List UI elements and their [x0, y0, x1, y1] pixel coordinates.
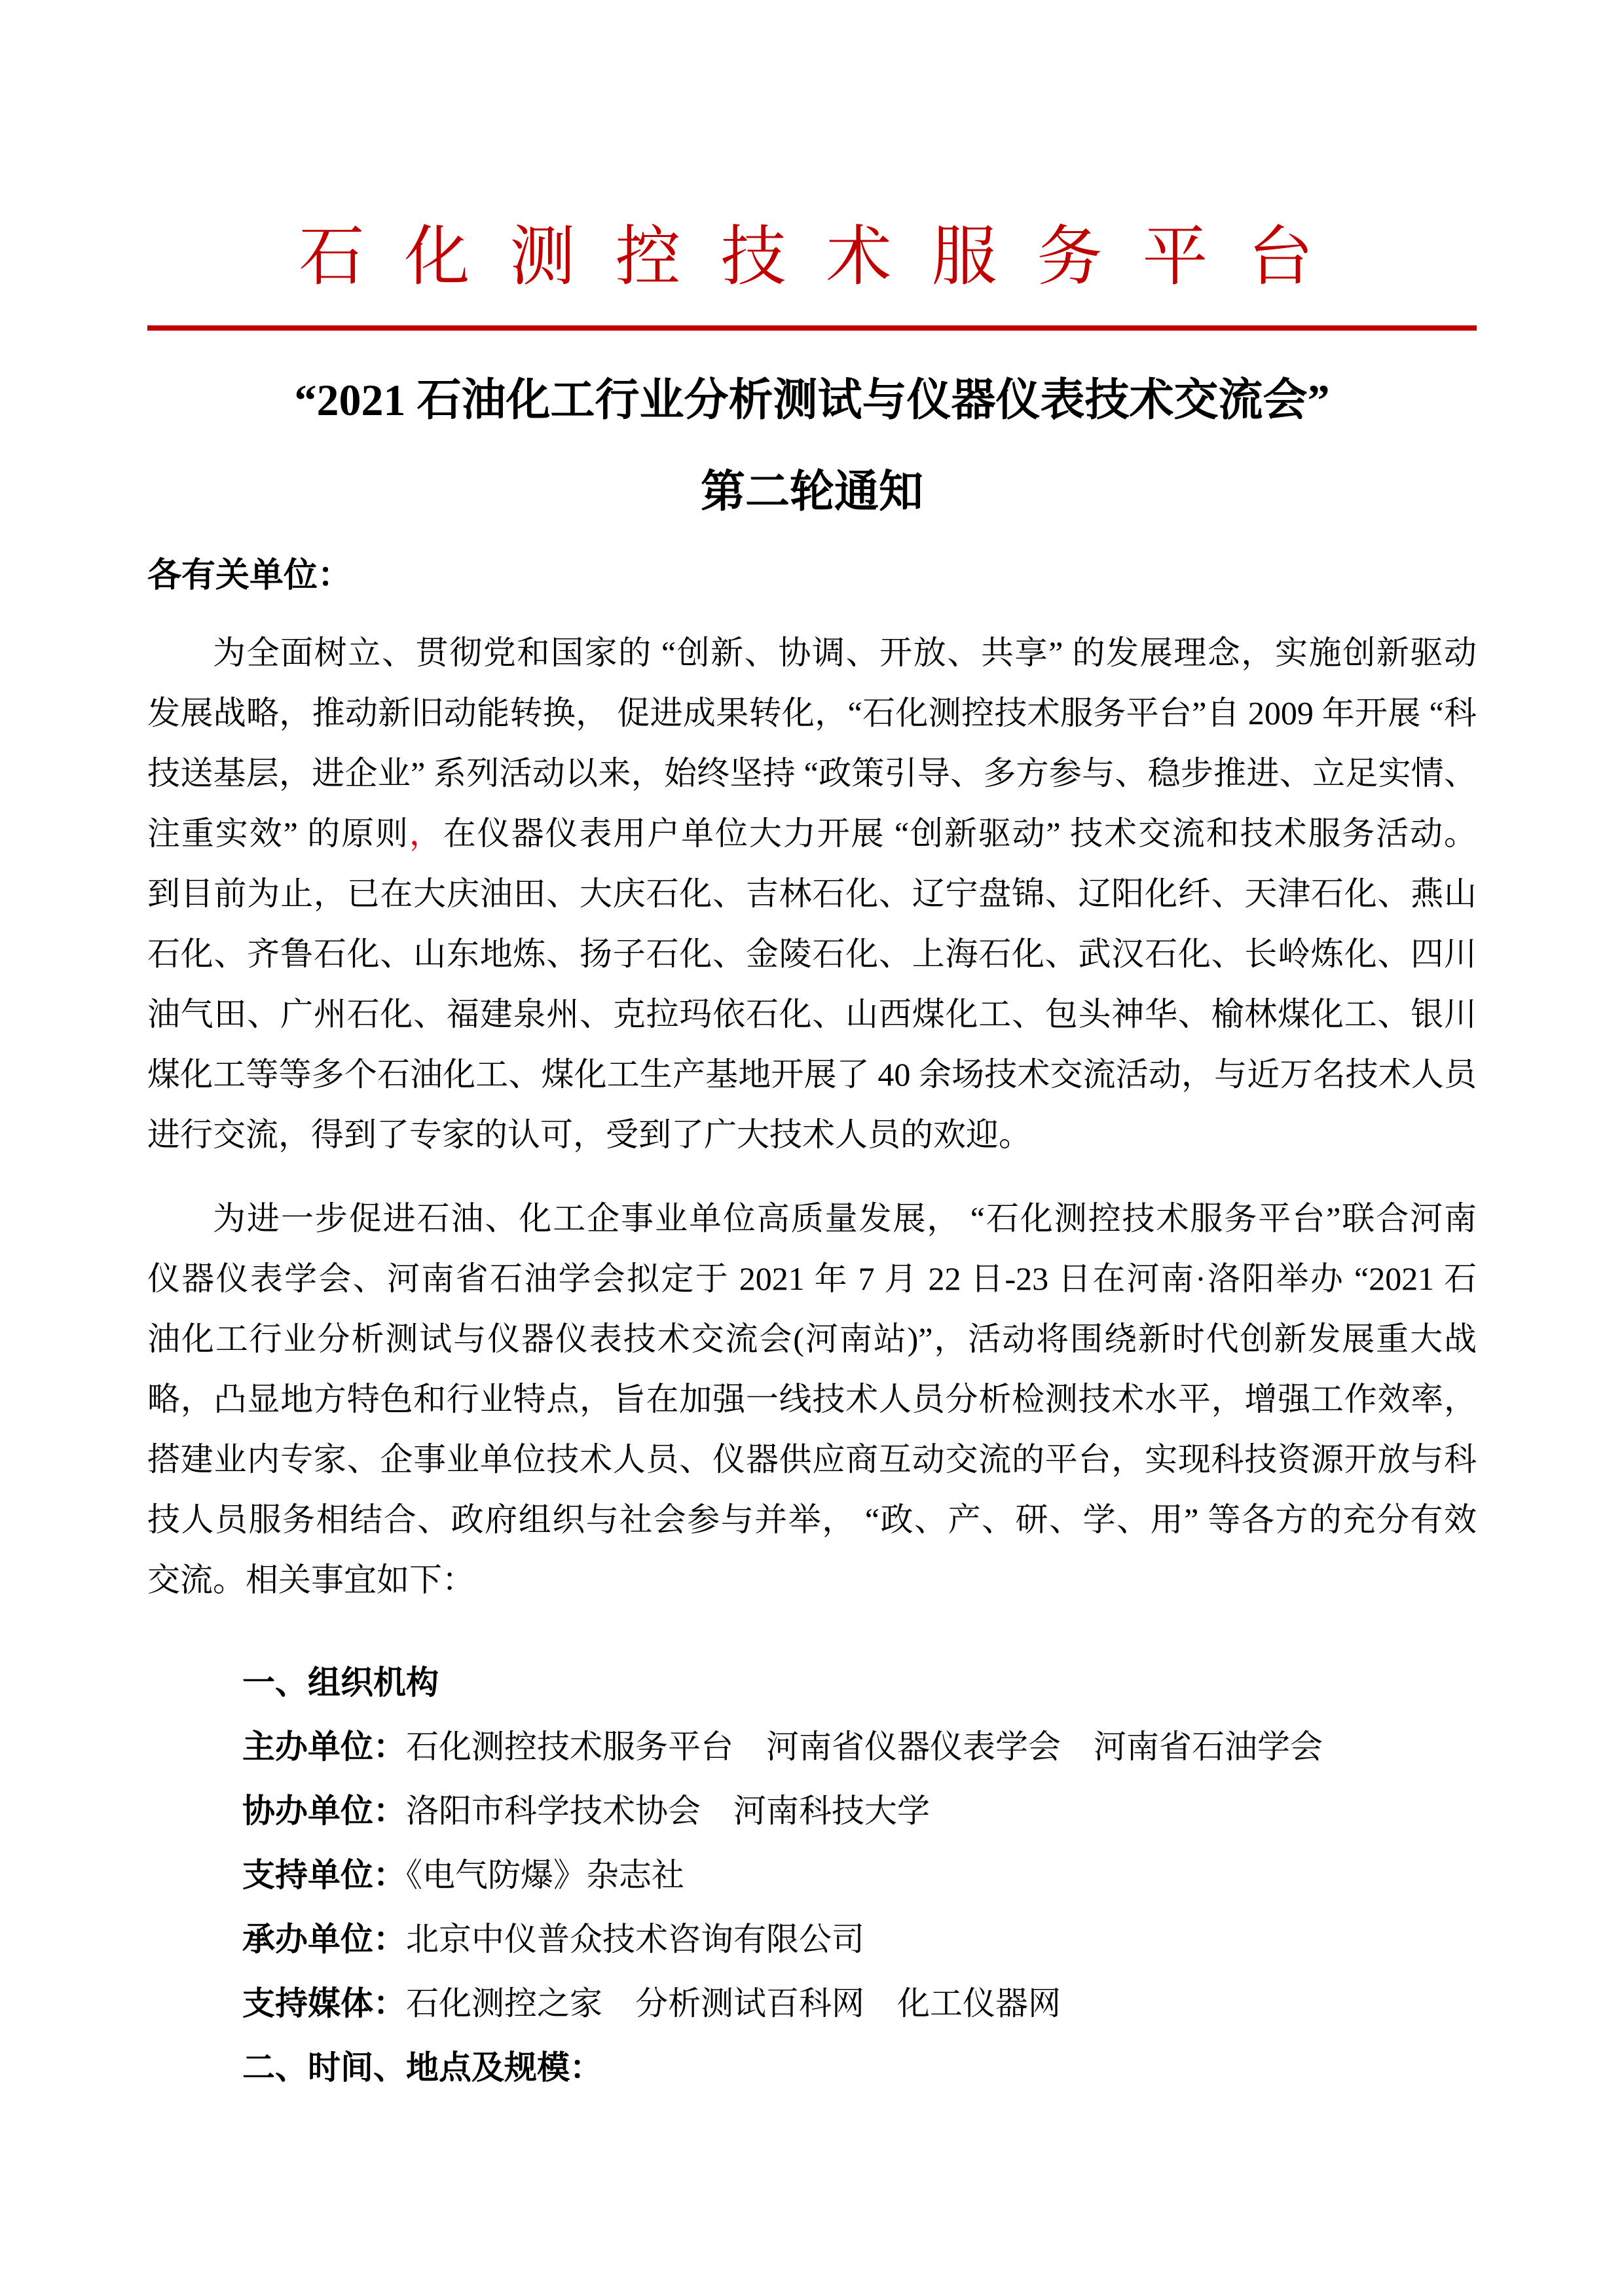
- paragraph-line: 为进一步促进石油、化工企事业单位高质量发展， “石化测控技术服务平台”联合河南: [147, 1188, 1477, 1248]
- platform-banner-title: 石 化 测 控 技 术 服 务 平 台: [147, 223, 1477, 291]
- org-item: 支持媒体：石化测控之家 分析测试百科网 化工仪器网: [147, 1971, 1477, 2035]
- paragraph-line: 到目前为止，已在大庆油田、大庆石化、吉林石化、辽宁盘锦、辽阳化纤、天津石化、燕山: [147, 864, 1477, 924]
- org-item-content: 《电气防爆》杂志社: [406, 1857, 684, 1893]
- paragraph-line: 油化工行业分析测试与仪器仪表技术交流会(河南站)”，活动将围绕新时代创新发展重大…: [147, 1309, 1477, 1369]
- org-item-label: 支持单位：: [242, 1857, 406, 1893]
- org-item-label: 主办单位：: [242, 1728, 406, 1765]
- section-2-heading: 二、时间、地点及规模：: [147, 2035, 1477, 2100]
- paragraph-line: 煤化工等等多个石油化工、煤化工生产基地开展了 40 余场技术交流活动，与近万名技…: [147, 1044, 1477, 1104]
- paragraph-line: 搭建业内专家、企事业单位技术人员、仪器供应商互动交流的平台，实现科技资源开放与科: [147, 1429, 1477, 1489]
- paragraph-line: 进行交流，得到了专家的认可，受到了广大技术人员的欢迎。: [147, 1104, 1477, 1165]
- header-divider: [147, 325, 1477, 331]
- org-item-content: 石化测控之家 分析测试百科网 化工仪器网: [406, 1985, 1061, 2022]
- org-item-label: 协办单位：: [242, 1793, 406, 1829]
- org-item: 主办单位：石化测控技术服务平台 河南省仪器仪表学会 河南省石油学会: [147, 1715, 1477, 1779]
- org-item-label: 承办单位：: [242, 1921, 406, 1958]
- paragraph-line: 发展战略，推动新旧动能转换， 促进成果转化，“石化测控技术服务平台”自 2009…: [147, 683, 1477, 743]
- paragraph-line: 技送基层，进企业” 系列活动以来，始终坚持 “政策引导、多方参与、稳步推进、立足…: [147, 743, 1477, 803]
- paragraph-line: 为全面树立、贯彻党和国家的 “创新、协调、开放、共享” 的发展理念，实施创新驱动: [147, 623, 1477, 683]
- paragraph-line: 石化、齐鲁石化、山东地炼、扬子石化、金陵石化、上海石化、武汉石化、长岭炼化、四川: [147, 924, 1477, 984]
- salutation: 各有关单位：: [147, 555, 1477, 596]
- paragraph-2: 为进一步促进石油、化工企事业单位高质量发展， “石化测控技术服务平台”联合河南仪…: [147, 1188, 1477, 1610]
- document-title-line-2: 第二轮通知: [147, 465, 1477, 519]
- org-item: 支持单位：《电气防爆》杂志社: [147, 1843, 1477, 1907]
- paragraph-line: 注重实效” 的原则，在仪器仪表用户单位大力开展 “创新驱动” 技术交流和技术服务…: [147, 803, 1477, 864]
- paragraph-line: 交流。相关事宜如下：: [147, 1550, 1477, 1610]
- document-title-line-1: “2021 石油化工行业分析测试与仪器仪表技术交流会”: [147, 374, 1477, 428]
- organization-list: 主办单位：石化测控技术服务平台 河南省仪器仪表学会 河南省石油学会协办单位：洛阳…: [147, 1715, 1477, 2035]
- org-item-label: 支持媒体：: [242, 1985, 406, 2022]
- paragraph-line: 仪器仪表学会、河南省石油学会拟定于 2021 年 7 月 22 日-23 日在河…: [147, 1248, 1477, 1309]
- org-item: 承办单位：北京中仪普众技术咨询有限公司: [147, 1907, 1477, 1971]
- section-1-heading: 一、组织机构: [147, 1650, 1477, 1715]
- org-item-content: 北京中仪普众技术咨询有限公司: [406, 1921, 864, 1958]
- org-item-content: 石化测控技术服务平台 河南省仪器仪表学会 河南省石油学会: [406, 1728, 1323, 1765]
- org-item-content: 洛阳市科学技术协会 河南科技大学: [406, 1793, 930, 1829]
- paragraph-line: 略，凸显地方特色和行业特点，旨在加强一线技术人员分析检测技术水平，增强工作效率，: [147, 1369, 1477, 1429]
- paragraph-line: 油气田、广州石化、福建泉州、克拉玛依石化、山西煤化工、包头神华、榆林煤化工、银川: [147, 984, 1477, 1044]
- paragraph-line: 技人员服务相结合、政府组织与社会参与并举， “政、产、研、学、用” 等各方的充分…: [147, 1489, 1477, 1550]
- document-page: 石 化 测 控 技 术 服 务 平 台 “2021 石油化工行业分析测试与仪器仪…: [0, 0, 1624, 2296]
- paragraph-1: 为全面树立、贯彻党和国家的 “创新、协调、开放、共享” 的发展理念，实施创新驱动…: [147, 623, 1477, 1165]
- org-item: 协办单位：洛阳市科学技术协会 河南科技大学: [147, 1779, 1477, 1843]
